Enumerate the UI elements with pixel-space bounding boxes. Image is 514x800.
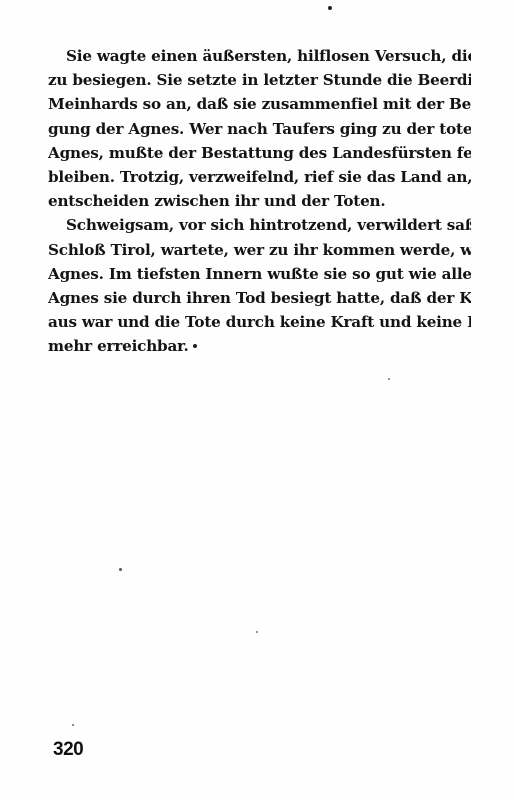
scan-speck: [119, 568, 122, 571]
text-line: Agnes, mußte der Bestattung des Landesfü…: [48, 141, 471, 165]
text-line: mehr erreichbar.: [48, 334, 471, 358]
text-line: gung der Agnes. Wer nach Taufers ging zu…: [48, 117, 471, 141]
text-line: zu besiegen. Sie setzte in letzter Stund…: [48, 68, 471, 92]
text-line: aus war und die Tote durch keine Kraft u…: [48, 310, 471, 334]
paragraph-1: Sie wagte einen äußersten, hilflosen Ver…: [48, 44, 471, 213]
scan-speck: [193, 344, 197, 348]
paragraph-2: Schweigsam, vor sich hintrotzend, verwil…: [48, 213, 471, 358]
body-text: Sie wagte einen äußersten, hilflosen Ver…: [48, 44, 471, 358]
text-line: Schloß Tirol, wartete, wer zu ihr kommen…: [48, 238, 471, 262]
text-line: Agnes sie durch ihren Tod besiegt hatte,…: [48, 286, 471, 310]
book-page: Sie wagte einen äußersten, hilflosen Ver…: [0, 0, 514, 800]
text-line: entscheiden zwischen ihr und der Toten.: [48, 189, 471, 213]
scan-speck: [256, 631, 258, 633]
text-line: bleiben. Trotzig, verzweifelnd, rief sie…: [48, 165, 471, 189]
text-line: Meinhards so an, daß sie zusammenfiel mi…: [48, 92, 471, 116]
page-number: 320: [53, 739, 83, 761]
text-line: Schweigsam, vor sich hintrotzend, verwil…: [48, 213, 471, 237]
scan-speck: [328, 6, 332, 10]
scan-speck: [72, 724, 74, 726]
text-line: Agnes. Im tiefsten Innern wußte sie so g…: [48, 262, 471, 286]
text-line: Sie wagte einen äußersten, hilflosen Ver…: [48, 44, 471, 68]
scan-speck: [388, 378, 390, 380]
